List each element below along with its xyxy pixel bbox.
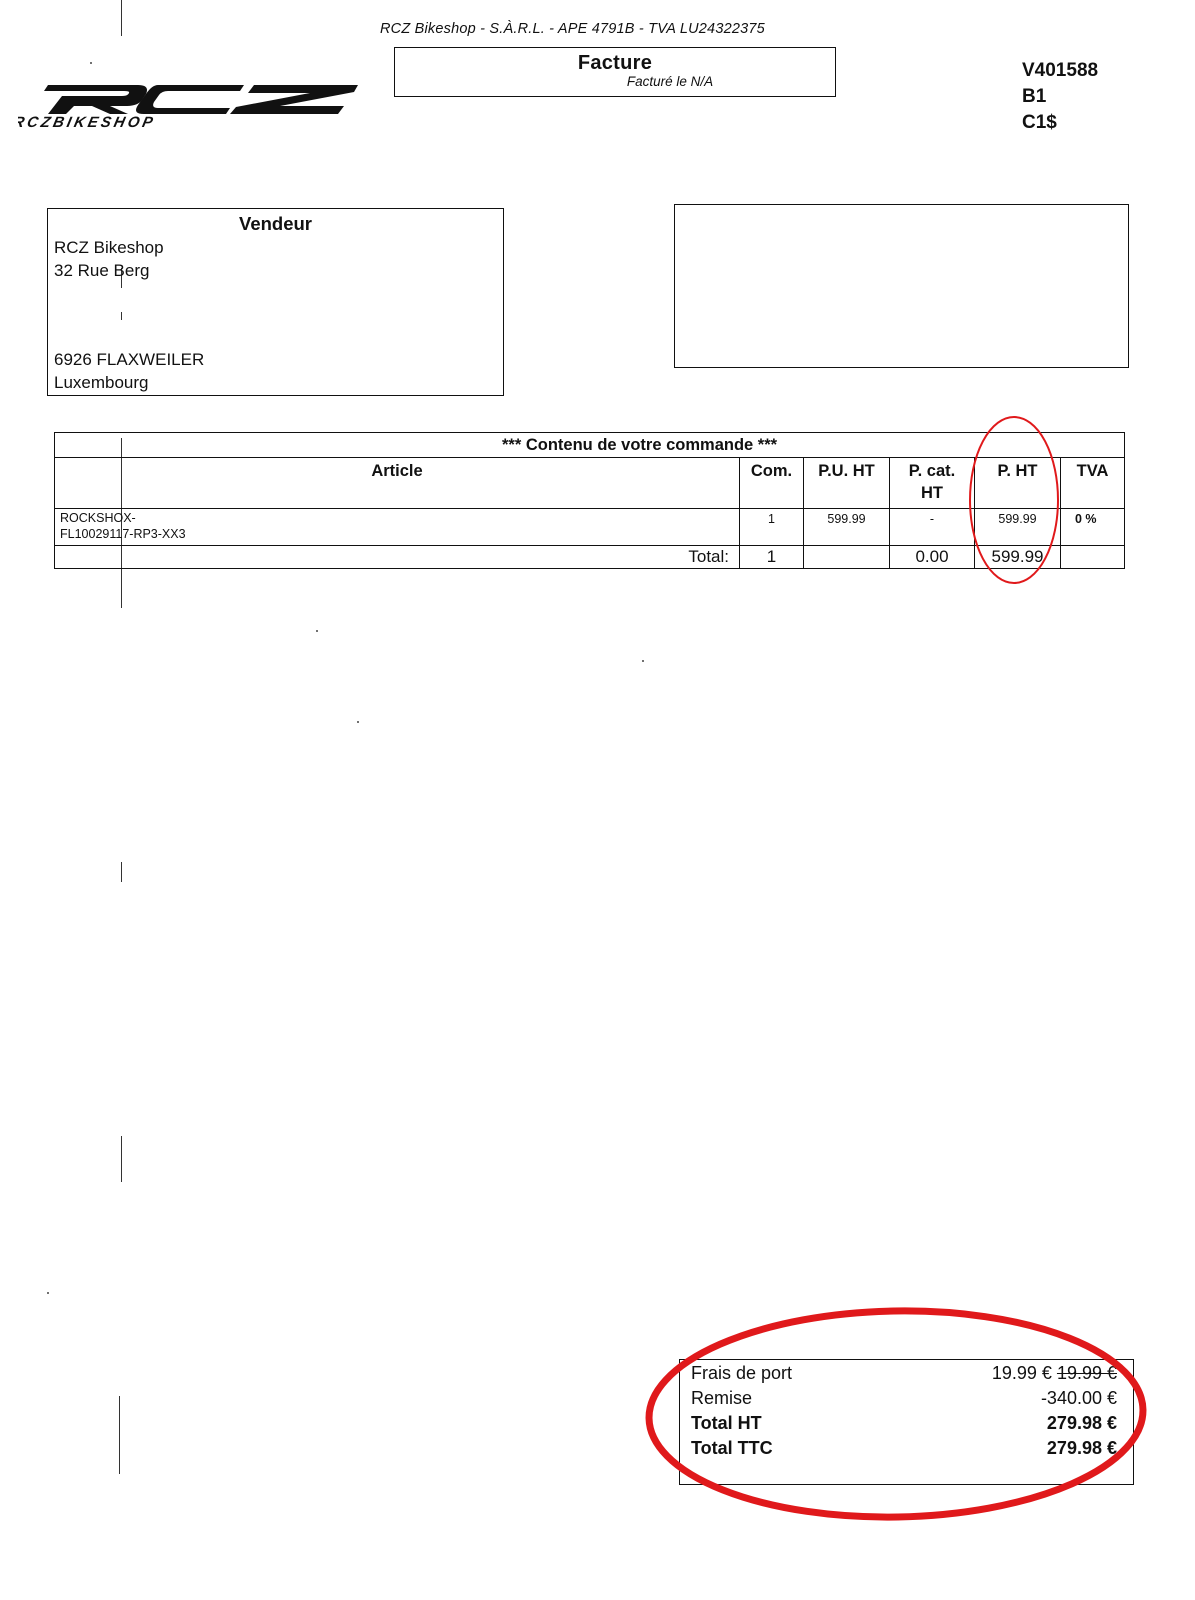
shipping-original-value: 19.99 € <box>1057 1363 1117 1383</box>
column-header-catalog-price: P. cat.HT <box>890 458 975 509</box>
svg-text:RCZBIKESHOP: RCZBIKESHOP <box>18 114 157 128</box>
reference-code-c: C1$ <box>1022 110 1098 136</box>
total-unit-price <box>804 546 890 569</box>
column-header-article: Article <box>55 458 740 509</box>
summary-row-discount: Remise -340.00 € <box>691 1388 1117 1413</box>
total-ht-label: Total HT <box>691 1413 762 1434</box>
item-qty: 1 <box>740 509 804 546</box>
order-caption: *** Contenu de votre commande *** <box>55 433 1125 458</box>
item-article: ROCKSHOX- FL10029117-RP3-XX3 <box>55 509 740 546</box>
seller-address-box: Vendeur RCZ Bikeshop 32 Rue Berg 6926 FL… <box>47 208 504 396</box>
document-title: Facture <box>395 52 835 75</box>
scan-speck <box>642 660 644 662</box>
total-price-ht: 599.99 <box>975 546 1061 569</box>
order-header-row: Article Com. P.U. HT P. cat.HT P. HT TVA <box>55 458 1125 509</box>
total-ht-value: 279.98 € <box>1047 1413 1117 1434</box>
column-header-vat: TVA <box>1061 458 1125 509</box>
seller-title: Vendeur <box>48 213 503 235</box>
order-total-row: Total: 1 0.00 599.99 <box>55 546 1125 569</box>
seller-name: RCZ Bikeshop <box>54 238 164 258</box>
total-vat <box>1061 546 1125 569</box>
column-header-unit-price: P.U. HT <box>804 458 890 509</box>
table-row: ROCKSHOX- FL10029117-RP3-XX3 1 599.99 - … <box>55 509 1125 546</box>
document-title-box: Facture Facturé le N/A <box>394 47 836 97</box>
company-legal-line: RCZ Bikeshop - S.À.R.L. - APE 4791B - TV… <box>380 21 765 37</box>
seller-country: Luxembourg <box>54 373 149 393</box>
rcz-logo: RCZBIKESHOP <box>18 82 363 128</box>
item-catalog-price: - <box>890 509 975 546</box>
client-address-box <box>674 204 1129 368</box>
column-header-qty: Com. <box>740 458 804 509</box>
shipping-label: Frais de port <box>691 1363 792 1384</box>
order-table: *** Contenu de votre commande *** Articl… <box>54 432 1125 569</box>
scan-speck <box>47 1292 49 1294</box>
total-ttc-label: Total TTC <box>691 1438 773 1459</box>
reference-code-b: B1 <box>1022 84 1098 110</box>
order-caption-row: *** Contenu de votre commande *** <box>55 433 1125 458</box>
total-catalog-price: 0.00 <box>890 546 975 569</box>
total-qty: 1 <box>740 546 804 569</box>
invoice-references: V401588 B1 C1$ <box>1022 58 1098 136</box>
scan-artifact-line <box>119 1396 120 1474</box>
summary-row-shipping: Frais de port 19.99 € 19.99 € <box>691 1363 1117 1388</box>
item-vat: 0 % <box>1061 509 1125 546</box>
item-unit-price: 599.99 <box>804 509 890 546</box>
seller-postal-city: 6926 FLAXWEILER <box>54 350 204 370</box>
shipping-value: 19.99 € 19.99 € <box>992 1363 1117 1384</box>
summary-row-total-ttc: Total TTC 279.98 € <box>691 1438 1117 1463</box>
total-label: Total: <box>55 546 740 569</box>
discount-label: Remise <box>691 1388 752 1409</box>
scan-speck <box>316 630 318 632</box>
invoice-number: V401588 <box>1022 58 1098 84</box>
summary-totals-box: Frais de port 19.99 € 19.99 € Remise -34… <box>679 1359 1134 1485</box>
seller-street: 32 Rue Berg <box>54 261 149 281</box>
column-header-price-ht: P. HT <box>975 458 1061 509</box>
item-price-ht: 599.99 <box>975 509 1061 546</box>
scan-artifact-line <box>121 862 122 882</box>
scan-speck <box>90 62 92 64</box>
scan-speck <box>357 721 359 723</box>
total-ttc-value: 279.98 € <box>1047 1438 1117 1459</box>
invoice-date: Facturé le N/A <box>395 74 835 89</box>
scan-artifact-line <box>121 0 122 36</box>
summary-row-total-ht: Total HT 279.98 € <box>691 1413 1117 1438</box>
scan-artifact-line <box>121 1136 122 1182</box>
discount-value: -340.00 € <box>1041 1388 1117 1409</box>
